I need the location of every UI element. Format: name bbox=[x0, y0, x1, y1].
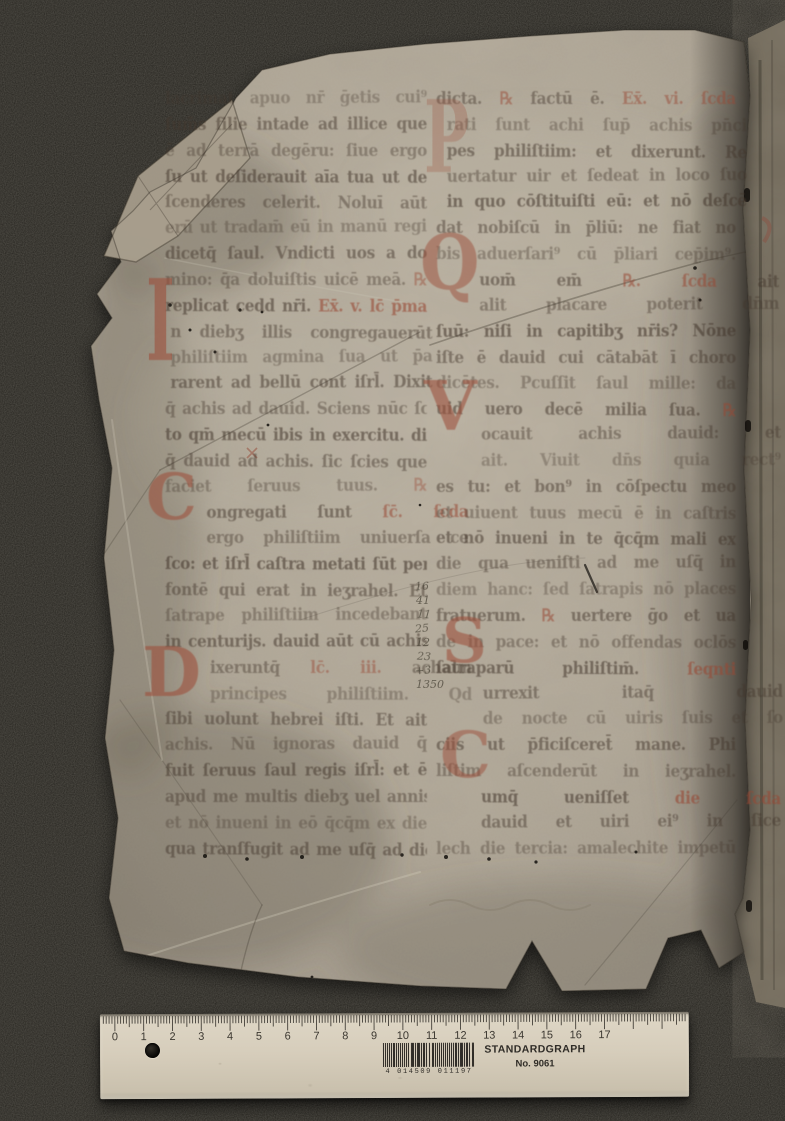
manuscript-line: dicta. ℞ factū ē. Ex̄. vi. ſcda bbox=[436, 88, 736, 110]
manuscript-line: diem hanc: ſed ſatrapis nō places bbox=[436, 578, 736, 601]
ruler-number: 10 bbox=[395, 1030, 411, 1042]
text-segment: dicetq̄ ſaul. Vndicti uos a do bbox=[165, 243, 427, 264]
rubric-initial: P bbox=[424, 96, 469, 178]
manuscript-line: q̄ achis ad dauid. Sciens nūc ſci bbox=[165, 398, 427, 420]
text-segment: et nō inueni in te q̄cq̄m mali ex bbox=[436, 528, 736, 550]
manuscript-line: ſatrape philiſtiim incedebant bbox=[165, 603, 427, 627]
text-segment: factū ē. bbox=[530, 89, 622, 109]
text-segment: ſibi uolunt hebrei iſti. Et ait bbox=[165, 709, 427, 731]
text-segment: uid uero decē milia ſua. bbox=[436, 399, 723, 421]
rubric-initial: I bbox=[146, 276, 175, 368]
ruler-number: 14 bbox=[510, 1029, 526, 1041]
rubric-initial: Q bbox=[420, 232, 480, 294]
pencil-annotation: 23 bbox=[417, 650, 432, 664]
text-segment: diem hanc: ſed ſatrapis nō places bbox=[436, 579, 736, 600]
text-segment: uom̄ em̄ bbox=[479, 270, 622, 291]
text-segment: dauid et uiri ei⁹ in ſice bbox=[481, 811, 781, 833]
text-column-left: lacrimat apuo nr̄ ḡetis cui⁹ſum̃s filie … bbox=[165, 88, 427, 874]
text-segment: es tu: et bon⁹ in cōſpectu meo bbox=[436, 477, 736, 497]
text-segment: lech die tercia: amalechite impetū bbox=[436, 838, 736, 859]
manuscript-line: die qua ueniſti ad me uſq̄ in bbox=[436, 551, 736, 575]
manuscript-line: uertatur uir et ſedeat in loco ſuo bbox=[436, 164, 747, 188]
text-segment: q̄ dauid ad achis. ſic ſcies que bbox=[165, 451, 427, 473]
text-segment: ſu ut deſiderauit aīa tua ut de bbox=[165, 167, 427, 188]
ruler-number: 0 bbox=[107, 1031, 123, 1043]
manuscript-line: es tu: et bon⁹ in cōſpectu meo bbox=[436, 476, 736, 498]
text-segment: in centurijs. dauid aūt cū achis bbox=[165, 631, 427, 652]
ruler-number: 16 bbox=[568, 1029, 584, 1041]
barcode-digits: 4 014509 011197 bbox=[383, 1068, 475, 1076]
manuscript-line: pes philiſtiim: et dixerunt. Re bbox=[436, 140, 747, 164]
manuscript-line: apud me multis diebʒ uel annis bbox=[165, 786, 427, 808]
manuscript-line: iſte ē dauid cui cātabāt ī choro bbox=[436, 347, 736, 369]
text-segment: q̄ achis ad dauid. Sciens nūc ſci bbox=[165, 399, 427, 419]
text-segment: ē ad terrā degēru: ſiue ergo bbox=[165, 141, 427, 161]
pencil-annotation: 11 bbox=[417, 608, 432, 622]
manuscript-line: lech die tercia: amalechite impetū bbox=[436, 837, 736, 860]
pencil-annotation: 12 bbox=[416, 636, 430, 649]
text-segment: replicat cedd nr̄i. bbox=[165, 296, 318, 316]
text-segment: n diebʒ illis congregauerūt bbox=[170, 322, 432, 344]
text-segment: ſuū: niſi in capitibʒ nr̄is? Nōne bbox=[436, 321, 736, 342]
barcode-bars bbox=[383, 1043, 475, 1067]
manuscript-line: uom̄ em̄ ℞. ſcda ait bbox=[436, 269, 779, 293]
manuscript-line: bis aduerſari⁹ cū p̄liari cep̄im⁹. bbox=[436, 243, 736, 266]
text-segment: umq̄ ueniſſet bbox=[481, 787, 675, 808]
rubric-segment: die ſcda bbox=[675, 788, 781, 809]
ruler: 01234567891011121314151617 4 014509 0111… bbox=[100, 1012, 689, 1100]
text-segment: ocauit achis dauid: et bbox=[481, 423, 781, 445]
text-segment: urrexit itaq̄ dauid bbox=[483, 681, 783, 703]
rubric-segment: lc̄. iii. bbox=[310, 658, 412, 678]
rubric-initial: V bbox=[424, 380, 477, 436]
ruler-number: 17 bbox=[596, 1029, 612, 1041]
text-segment: qua tranſfugit ad me uſq̄ ad diē bbox=[165, 839, 427, 861]
manuscript-line: lacrimat apuo nr̄ ḡetis cui⁹ bbox=[165, 86, 427, 110]
ruler-number: 5 bbox=[251, 1031, 267, 1043]
text-segment: rati ſunt achi ſup̄ achis pn̄ci bbox=[447, 115, 747, 136]
manuscript-line: ſu ut deſiderauit aīa tua ut de bbox=[165, 166, 427, 189]
manuscript-line: ocauit achis dauid: et bbox=[436, 422, 781, 446]
text-segment: iſte ē dauid cui cātabāt ī choro bbox=[436, 348, 736, 368]
manuscript-line: ſuū: niſi in capitibʒ nr̄is? Nōne bbox=[436, 320, 736, 343]
text-segment: pes philiſtiim: et dixerunt. Re bbox=[447, 141, 747, 163]
text-segment: alit placare poterit dn̄m bbox=[479, 294, 779, 316]
rubric-segment: ℞ bbox=[723, 401, 736, 421]
rubric-segment: ℞ bbox=[541, 606, 570, 626]
barcode: 4 014509 011197 bbox=[383, 1043, 475, 1081]
manuscript-line: rati ſunt achi ſup̄ achis pn̄ci bbox=[436, 114, 747, 137]
manuscript-line: ſibi uolunt hebrei iſti. Et ait bbox=[165, 708, 427, 732]
text-segment: lacrimat apuo nr̄ ḡetis cui⁹ bbox=[165, 87, 427, 109]
text-segment: mino: q̄a doluiſtis uicē meā. bbox=[165, 270, 414, 290]
text-segment: uertatur uir et ſedeat in loco ſuo bbox=[447, 165, 747, 187]
ruler-number: 12 bbox=[452, 1030, 468, 1042]
manuscript-line: ſco: et iſrl̄ caſtra metati ſūt per bbox=[165, 553, 427, 576]
text-segment: ait. Viuit dn̄s quia rect⁹ bbox=[481, 450, 781, 471]
rubric-segment: ſeqnti bbox=[687, 659, 736, 679]
text-segment: dicētes. Pcuſſit ſaul mille: da bbox=[436, 373, 736, 394]
text-segment: to qm̄ mecū ibis in exercitu. dixit bbox=[165, 425, 427, 446]
text-segment: dat nobiſcū in p̄liū: ne fiat no bbox=[436, 218, 736, 238]
ruler-number: 7 bbox=[308, 1030, 324, 1042]
text-segment: ait bbox=[757, 272, 779, 292]
manuscript-text-layer: lacrimat apuo nr̄ ḡetis cui⁹ſum̃s filie … bbox=[0, 0, 785, 1121]
manuscript-line: to qm̄ mecū ibis in exercitu. dixit bbox=[165, 424, 427, 447]
manuscript-line: ſcenderes celerit. Noluī aūt bbox=[165, 191, 427, 215]
text-segment: fontē qui erat in ieʒrahel. Et bbox=[165, 580, 427, 602]
text-segment: in quo cōſtituiſti eū: et nō deſcē bbox=[447, 191, 747, 212]
manuscript-line: urrexit itaq̄ dauid bbox=[436, 680, 783, 704]
manuscript-line: dauid et uiri ei⁹ in ſice bbox=[436, 810, 781, 834]
manuscript-line: faciet ſeruus tuus. ℞ bbox=[165, 474, 427, 498]
ruler-hole bbox=[145, 1043, 160, 1058]
text-segment: faciet ſeruus tuus. bbox=[165, 475, 414, 497]
manuscript-line: et nō inueni in eō q̄cq̄m ex die bbox=[165, 812, 427, 835]
ruler-brand: STANDARDGRAPH bbox=[480, 1043, 590, 1055]
photo-stage: lacrimat apuo nr̄ ḡetis cui⁹ſum̃s filie … bbox=[0, 0, 785, 1121]
manuscript-line: et uiuent tuus mecū ē in caſtris bbox=[436, 502, 736, 525]
manuscript-line: fontē qui erat in ieʒrahel. Et bbox=[165, 579, 427, 603]
manuscript-line: q̄ dauid ad achis. ſic ſcies que bbox=[165, 450, 427, 474]
text-segment: die qua ueniſti ad me uſq̄ in bbox=[436, 552, 736, 574]
ruler-number: 1 bbox=[136, 1031, 152, 1043]
pencil-annotation: 16 bbox=[415, 580, 430, 594]
text-segment: philiſtiim agmina ſua ut p̄a bbox=[170, 346, 432, 368]
manuscript-line: ongregati ſunt ſc̄. ſcda bbox=[165, 501, 468, 524]
manuscript-line: fuit ſeruus ſaul regis iſrl̄: et ē bbox=[165, 759, 427, 782]
manuscript-line: replicat cedd nr̄i. Ex̄. v. lc̄ p̄ma bbox=[165, 295, 427, 318]
pencil-annotation: 25 bbox=[415, 622, 430, 636]
manuscript-line: in centurijs. dauid aūt cū achis ℞ bbox=[165, 630, 427, 653]
text-segment: ſum̃s filie intade ad illice que bbox=[165, 114, 427, 135]
rubric-segment: ℞. ſcda bbox=[622, 271, 757, 292]
rubric-segment: Ex̄. vi. ſcda bbox=[622, 89, 736, 109]
rubric-initial: C bbox=[440, 730, 491, 782]
text-segment: achis. Nū ignoras dauid q̄ bbox=[165, 734, 427, 756]
ruler-number: 3 bbox=[193, 1031, 209, 1043]
pencil-annotation: 41 bbox=[416, 594, 430, 607]
text-segment: ixeruntq̄ bbox=[210, 658, 310, 678]
ruler-number: 4 bbox=[222, 1031, 238, 1043]
text-segment: uertere ḡo et ua bbox=[571, 606, 736, 626]
ruler-number: 11 bbox=[424, 1030, 440, 1042]
manuscript-line: mino: q̄a doluiſtis uicē meā. ℞ bbox=[165, 269, 427, 291]
ruler-number: 6 bbox=[280, 1030, 296, 1042]
manuscript-line: philiſtiim agmina ſua ut p̄a bbox=[165, 345, 433, 369]
ruler-number: 9 bbox=[366, 1030, 382, 1042]
text-segment: ſatrape philiſtiim incedebant bbox=[165, 604, 427, 626]
pencil-annotation: +3 bbox=[415, 663, 432, 677]
manuscript-line: uid uero decē milia ſua. ℞ bbox=[436, 398, 736, 422]
text-segment: rarent ad bellū cont iſrl̄. Dixit bbox=[170, 373, 432, 394]
rubric-initial: S bbox=[442, 616, 487, 667]
manuscript-line: dicētes. Pcuſſit ſaul mille: da bbox=[436, 372, 736, 395]
manuscript-line: ſum̃s filie intade ad illice que bbox=[165, 113, 427, 136]
ruler-number: 2 bbox=[164, 1031, 180, 1043]
manuscript-line: dat nobiſcū in p̄liū: ne fiat no bbox=[436, 217, 736, 239]
ruler-model: No. 9061 bbox=[480, 1058, 590, 1069]
text-segment: ongregati ſunt bbox=[206, 502, 382, 523]
manuscript-line: et nō inueni in te q̄cq̄m mali ex bbox=[436, 527, 736, 551]
rubric-segment: Ex̄. v. lc̄ p̄ma bbox=[318, 296, 427, 316]
rubric-segment: ℞ bbox=[414, 475, 427, 495]
text-segment: erū ut tradam̄ eū in manū regis bbox=[165, 217, 427, 239]
rubric-initial: C bbox=[146, 472, 197, 524]
manuscript-line: alit placare poterit dn̄m bbox=[436, 293, 779, 317]
ruler-brand-block: STANDARDGRAPH No. 9061 bbox=[480, 1043, 590, 1069]
manuscript-line: ergo philiſtiim uniuerſa ce bbox=[165, 527, 468, 549]
ruler-number: 8 bbox=[337, 1030, 353, 1042]
text-segment: ſco: et iſrl̄ caſtra metati ſūt per bbox=[165, 554, 427, 575]
manuscript-line: in quo cōſtituiſti eū: et nō deſcē bbox=[436, 190, 747, 213]
rubric-initial: D bbox=[142, 646, 201, 702]
manuscript-line: erū ut tradam̄ eū in manū regis bbox=[165, 216, 427, 240]
text-segment: et nō inueni in eō q̄cq̄m ex die bbox=[165, 813, 427, 834]
ruler-number: 13 bbox=[481, 1030, 497, 1042]
text-segment: ſcenderes celerit. Noluī aūt bbox=[165, 192, 427, 214]
manuscript-line: rarent ad bellū cont iſrl̄. Dixit bbox=[165, 372, 432, 395]
manuscript-line: ait. Viuit dn̄s quia rect⁹ bbox=[436, 449, 781, 472]
rubric-segment: ℞ bbox=[499, 89, 530, 109]
text-segment: fuit ſeruus ſaul regis iſrl̄: et ē bbox=[165, 760, 427, 781]
text-segment: bis aduerſari⁹ cū p̄liari cep̄im⁹. bbox=[436, 244, 736, 265]
manuscript-line: achis. Nū ignoras dauid q̄ bbox=[165, 733, 427, 757]
ruler-number: 15 bbox=[539, 1029, 555, 1041]
text-segment: ergo philiſtiim uniuerſa ce bbox=[206, 528, 468, 548]
manuscript-line: qua tranſfugit ad me uſq̄ ad diē bbox=[165, 838, 427, 862]
manuscript-line: dicetq̄ ſaul. Vndicti uos a do bbox=[165, 242, 427, 265]
pencil-annotation: 1350 bbox=[416, 678, 444, 691]
manuscript-line: ē ad terrā degēru: ſiue ergo bbox=[165, 140, 427, 162]
text-segment: de nocte cū uiris ſuis et ſo bbox=[483, 708, 783, 729]
text-segment: et uiuent tuus mecū ē in caſtris bbox=[436, 503, 736, 524]
text-segment: apud me multis diebʒ uel annis bbox=[165, 787, 427, 807]
manuscript-line: n diebʒ illis congregauerūt bbox=[165, 321, 433, 345]
